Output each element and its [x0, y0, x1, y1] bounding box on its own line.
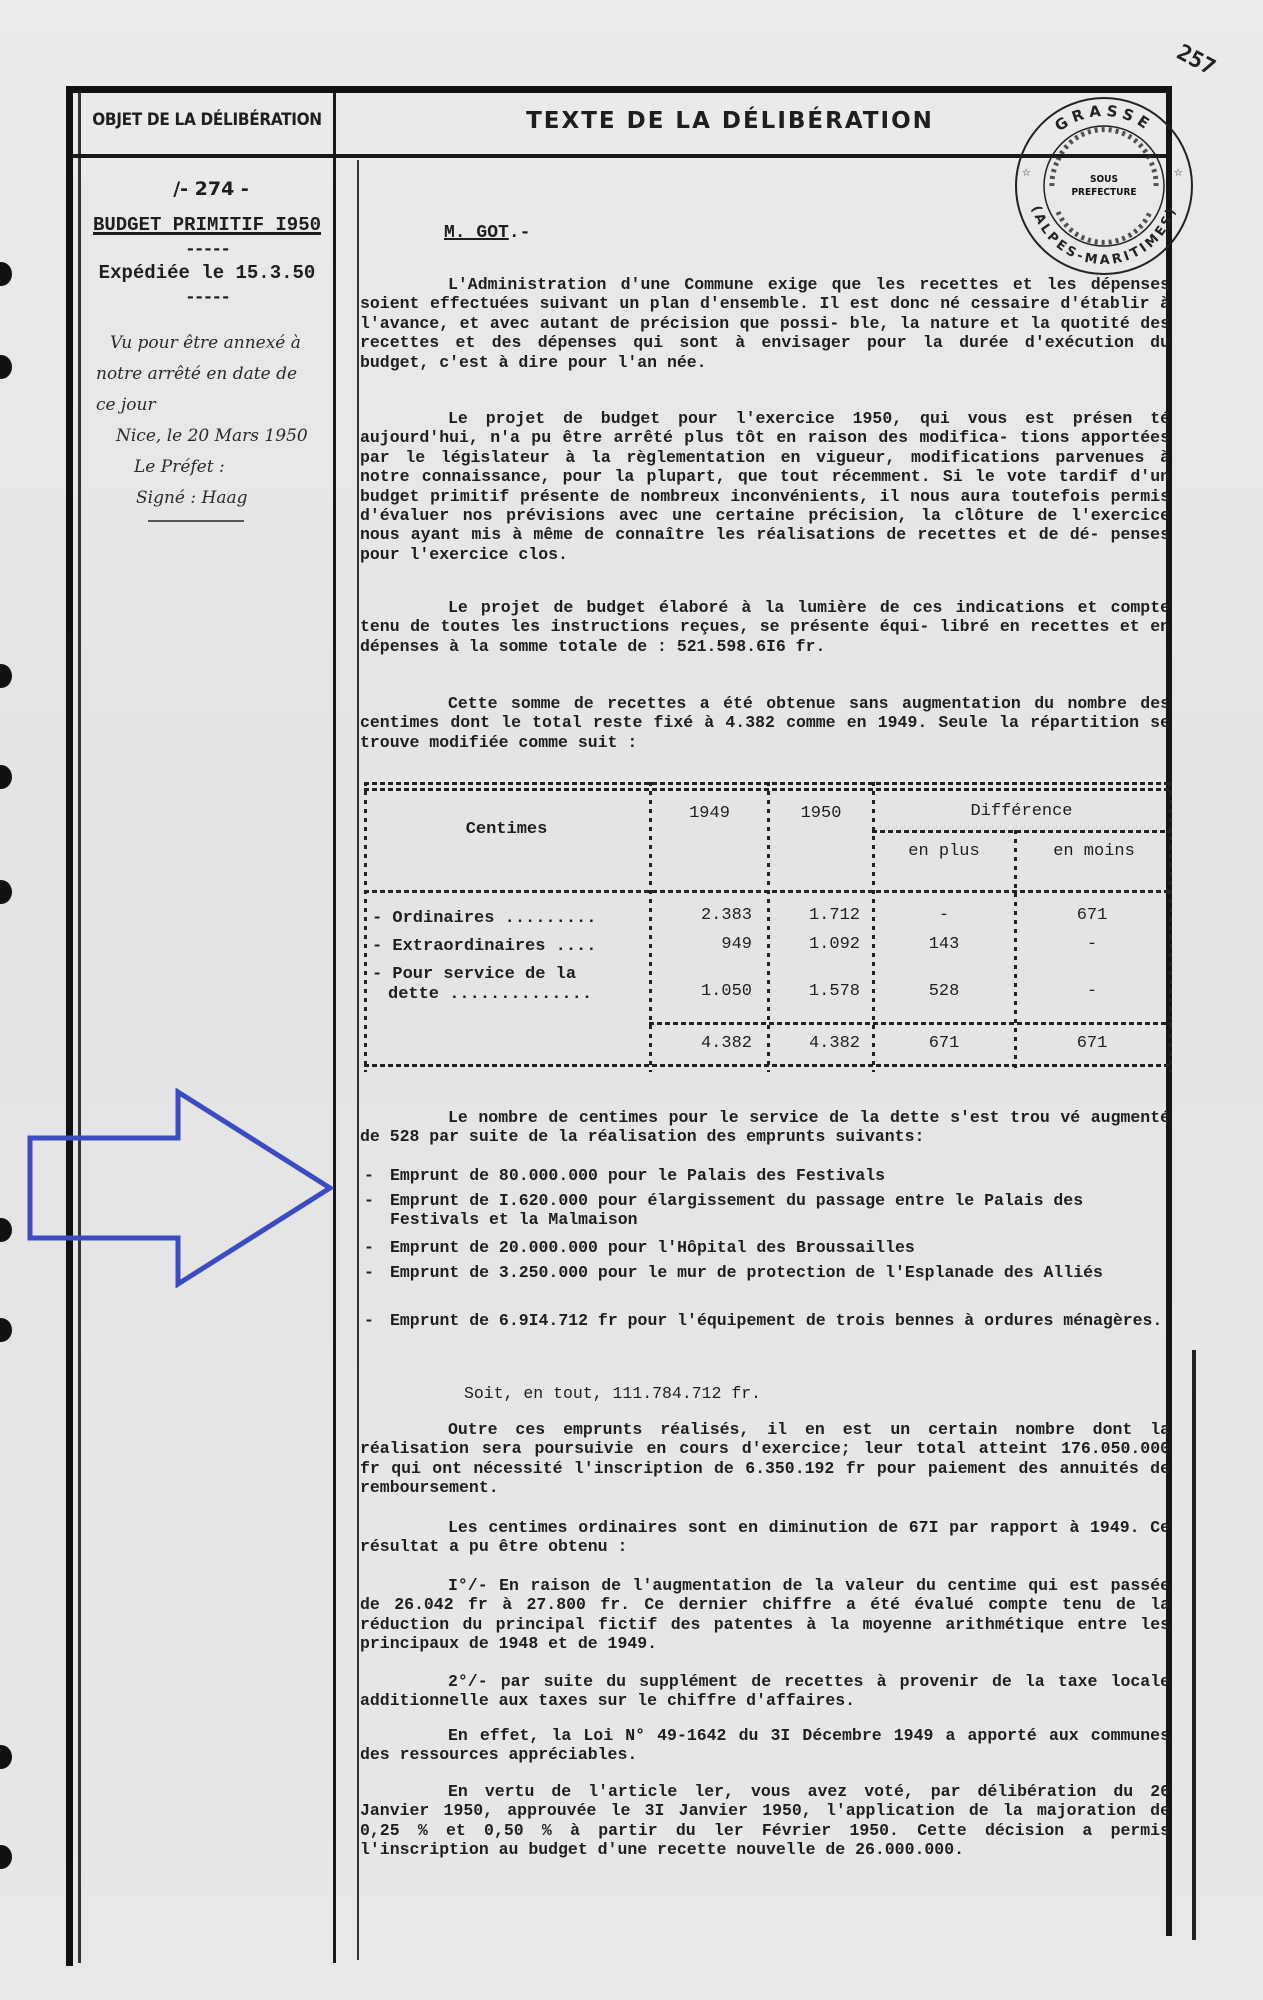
table-total: 4.382	[770, 1034, 860, 1053]
header-objet: OBJET DE LA DÉLIBÉRATION	[82, 110, 332, 130]
deliberation-number: /- 274 -	[90, 178, 332, 200]
header-texte: TEXTE DE LA DÉLIBÉRATION	[380, 108, 1080, 134]
table-cell: 143	[874, 935, 1014, 954]
handwritten-line: Nice, le 20 Mars 1950	[96, 421, 336, 452]
separator-dashes: -----	[82, 292, 332, 304]
header-rule	[73, 154, 1166, 158]
table-cell: 1.578	[770, 982, 860, 1001]
table-cell: 2.383	[652, 906, 752, 925]
paragraph: En effet, la Loi N° 49-1642 du 3I Décemb…	[360, 1726, 1170, 1765]
table-header-difference: Différence	[874, 802, 1169, 821]
table-total: 671	[1017, 1034, 1167, 1053]
paragraph: En vertu de l'article ler, vous avez vot…	[360, 1782, 1170, 1860]
paragraph: Le nombre de centimes pour le service de…	[360, 1108, 1170, 1147]
table-header-1949: 1949	[652, 804, 767, 823]
table-row-label: - Extraordinaires ....	[372, 937, 596, 956]
speaker-suffix: .-	[509, 223, 531, 243]
speaker-label: M. GOT	[444, 223, 509, 243]
annotation-arrow-icon	[26, 1088, 338, 1288]
table-cell: -	[874, 906, 1014, 925]
column-rule	[78, 93, 81, 1963]
paragraph: Cette somme de recettes a été obtenue sa…	[360, 694, 1170, 752]
frame-border	[1192, 1350, 1196, 1940]
objet-column: /- 274 - BUDGET PRIMITIF I950 ----- Expé…	[82, 178, 332, 304]
separator-dashes: -----	[82, 244, 332, 256]
table-cell: 1.050	[652, 982, 752, 1001]
table-total: 671	[874, 1034, 1014, 1053]
list-item: -Emprunt de 6.9I4.712 fr pour l'équipeme…	[360, 1311, 1172, 1330]
paragraph: I°/- En raison de l'augmentation de la v…	[360, 1576, 1170, 1654]
paragraph: Le projet de budget pour l'exercice 1950…	[360, 409, 1170, 564]
prefecture-stamp-icon: GRASSE (ALPES-MARITIMES) SOUS PREFECTURE…	[1008, 90, 1200, 282]
paragraph: Le projet de budget élaboré à la lumière…	[360, 598, 1170, 656]
paragraph: Outre ces emprunts réalisés, il en est u…	[360, 1420, 1170, 1498]
table-cell: 1.712	[770, 906, 860, 925]
table-cell: -	[1017, 982, 1167, 1001]
table-header-en-moins: en moins	[1044, 842, 1144, 862]
column-rule	[357, 160, 359, 1960]
svg-text:☆: ☆	[1174, 165, 1183, 181]
table-cell: 671	[1017, 906, 1167, 925]
list-item: -Emprunt de 3.250.000 pour le mur de pro…	[360, 1263, 1172, 1282]
table-row-label: - Ordinaires .........	[372, 909, 596, 928]
list-item: -Emprunt de 20.000.000 pour l'Hôpital de…	[360, 1238, 1172, 1257]
handwritten-line: notre arrêté en date de	[96, 359, 336, 390]
table-header-en-plus: en plus	[904, 842, 984, 862]
table-row-label: - Pour service de la	[372, 965, 576, 984]
table-header-centimes: Centimes	[364, 820, 649, 839]
signature-underline	[148, 520, 244, 522]
objet-title: BUDGET PRIMITIF I950	[82, 214, 332, 236]
expedition-date: Expédiée le 15.3.50	[82, 262, 332, 284]
speaker-name: M. GOT.-	[444, 223, 530, 243]
handwritten-signature: Signé : Haag	[96, 483, 336, 514]
list-item: -Emprunt de I.620.000 pour élargissement…	[360, 1191, 1172, 1230]
paragraph: L'Administration d'une Commune exige que…	[360, 275, 1170, 372]
frame-border	[66, 86, 1172, 93]
loans-total: Soit, en tout, 111.784.712 fr.	[360, 1384, 1170, 1403]
svg-text:☆: ☆	[1022, 165, 1031, 181]
table-row-label: dette ..............	[388, 985, 592, 1004]
svg-text:SOUS: SOUS	[1090, 174, 1118, 185]
handwritten-annotation: Vu pour être annexé à notre arrêté en da…	[96, 328, 336, 522]
handwritten-line: Vu pour être annexé à	[96, 328, 336, 359]
frame-border	[66, 86, 73, 1966]
table-header-1950: 1950	[770, 804, 872, 823]
handwritten-line: ce jour	[96, 390, 336, 421]
svg-text:PREFECTURE: PREFECTURE	[1071, 187, 1136, 198]
centimes-table: Centimes 1949 1950 Différence en plus en…	[364, 782, 1172, 1072]
list-item: -Emprunt de 80.000.000 pour le Palais de…	[360, 1166, 1172, 1185]
table-cell: 528	[874, 982, 1014, 1001]
table-cell: -	[1017, 935, 1167, 954]
table-cell: 1.092	[770, 935, 860, 954]
table-total: 4.382	[652, 1034, 752, 1053]
paragraph: Les centimes ordinaires sont en diminuti…	[360, 1518, 1170, 1557]
handwritten-line: Le Préfet :	[96, 452, 336, 483]
paragraph: 2°/- par suite du supplément de recettes…	[360, 1672, 1170, 1711]
table-cell: 949	[652, 935, 752, 954]
